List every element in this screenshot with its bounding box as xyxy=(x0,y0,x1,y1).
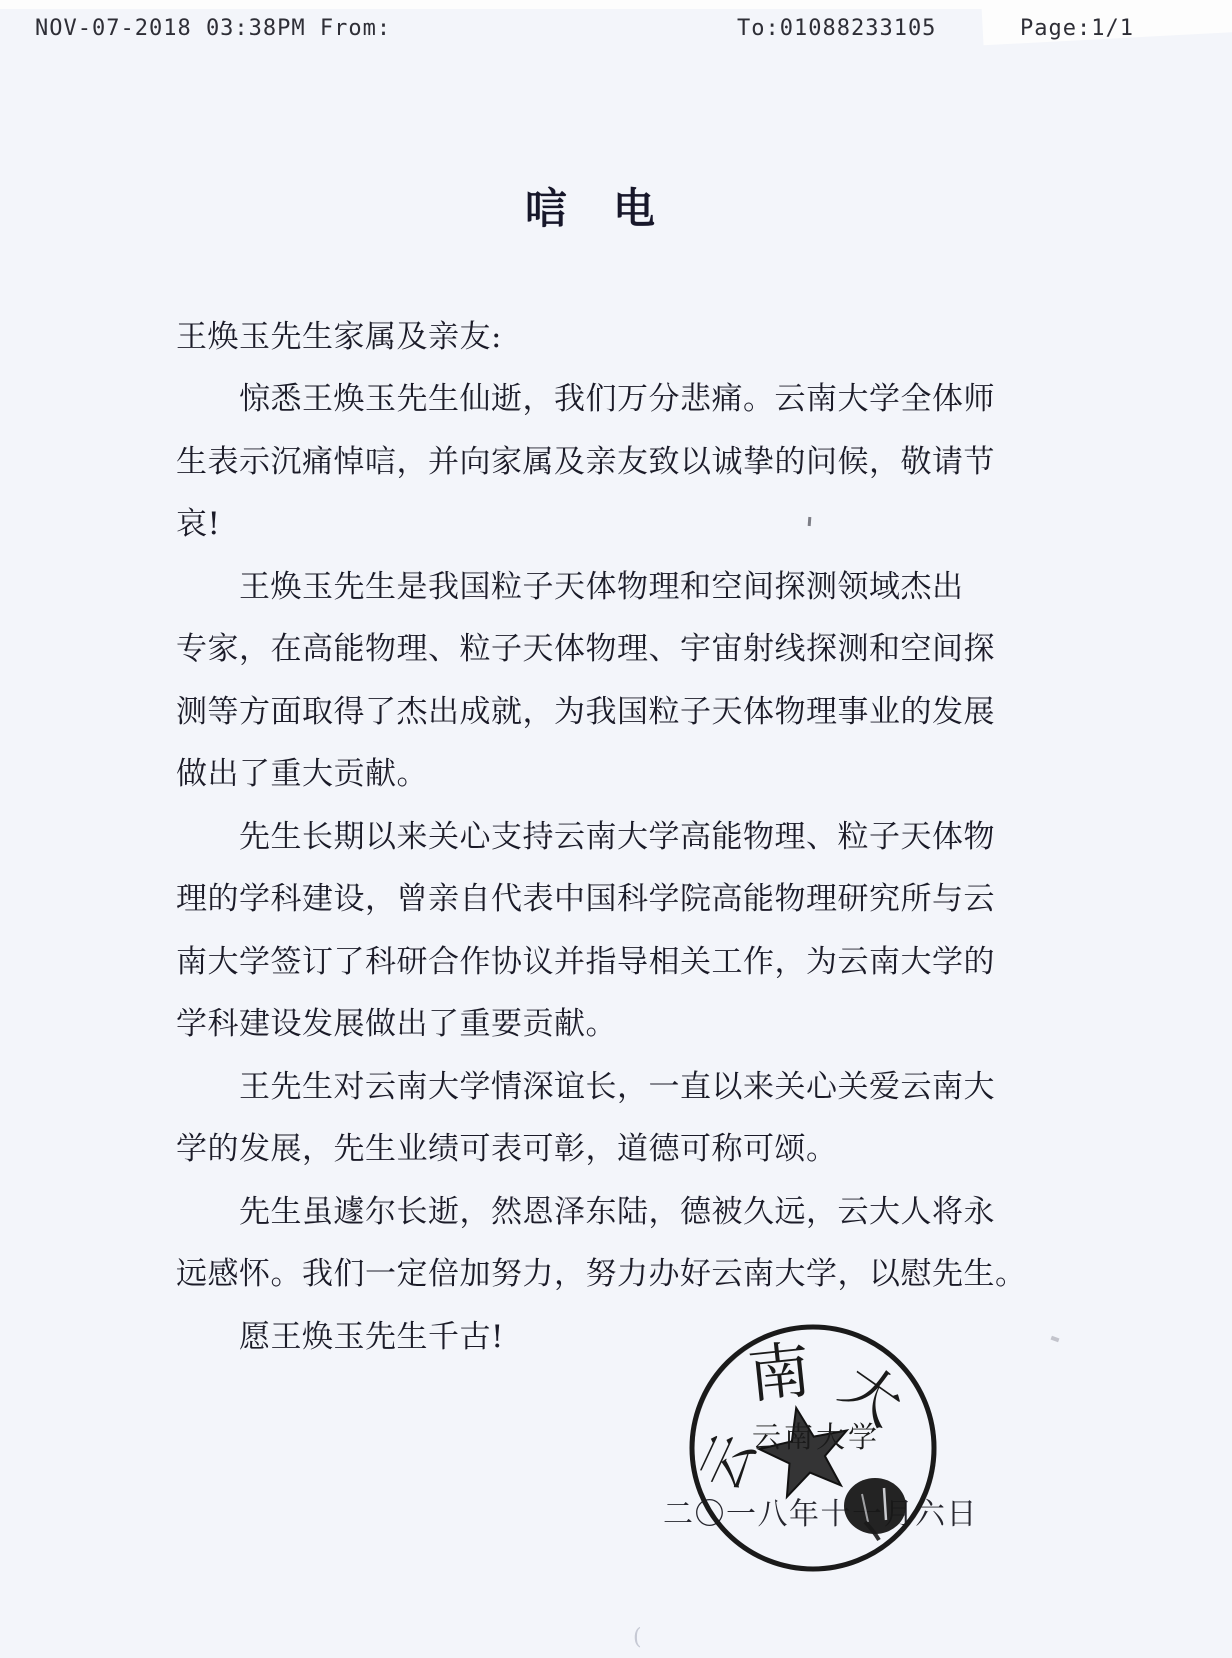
scan-speck: ( xyxy=(633,1625,642,1650)
university-seal-stamp: 南 大 云 云南大学 xyxy=(672,1308,962,1593)
fax-header: NOV-07-2018 03:38PM From: To:01088233105… xyxy=(0,16,1232,48)
letter-body: 王焕玉先生家属及亲友: 惊悉王焕玉先生仙逝，我们万分悲痛。云南大学全体师 生表示… xyxy=(176,302,1036,1365)
body-line: 先生长期以来关心支持云南大学高能物理、粒子天体物 xyxy=(176,802,1036,865)
seal-center-text: 云南大学 xyxy=(752,1420,880,1454)
fax-to-label: To:01088233105 xyxy=(737,16,936,41)
body-line: 学的发展，先生业绩可表可彰，道德可称可颂。 xyxy=(176,1115,1036,1178)
body-line: 王焕玉先生是我国粒子天体物理和空间探测领域杰出 xyxy=(176,552,1036,615)
letter-title: 唁 电 xyxy=(176,176,1006,236)
body-line: 王先生对云南大学情深谊长，一直以来关心关爱云南大 xyxy=(176,1052,1036,1115)
body-line: 学科建设发展做出了重要贡献。 xyxy=(176,990,1036,1053)
body-line: 惊悉王焕玉先生仙逝，我们万分悲痛。云南大学全体师 xyxy=(176,365,1036,428)
seal-arc-char-top: 南 xyxy=(745,1333,814,1412)
fax-scanned-letter: NOV-07-2018 03:38PM From: To:01088233105… xyxy=(0,0,1232,1658)
body-line: 做出了重大贡献。 xyxy=(176,740,1036,803)
body-line: 南大学签订了科研合作协议并指导相关工作，为云南大学的 xyxy=(176,927,1036,990)
body-line: 理的学科建设，曾亲自代表中国科学院高能物理研究所与云 xyxy=(176,865,1036,928)
salutation-line: 王焕玉先生家属及亲友: xyxy=(176,302,1036,365)
body-line: 专家，在高能物理、粒子天体物理、宇宙射线探测和空间探 xyxy=(176,615,1036,678)
seal-graphic: 南 大 云 云南大学 xyxy=(672,1308,962,1593)
scan-speck xyxy=(1051,1336,1060,1342)
body-line: 哀! xyxy=(176,490,1036,553)
fax-page-label: Page:1/1 xyxy=(1020,16,1134,41)
fax-from-label: NOV-07-2018 03:38PM From: xyxy=(35,16,391,41)
body-line: 先生虽遽尔长逝，然恩泽东陆，德被久远，云大人将永 xyxy=(176,1177,1036,1240)
seal-ink-blob xyxy=(844,1478,906,1534)
body-line: 生表示沉痛悼唁，并向家属及亲友致以诚挚的问候，敬请节 xyxy=(176,427,1036,490)
scan-speck xyxy=(808,517,812,526)
body-line: 测等方面取得了杰出成就，为我国粒子天体物理事业的发展 xyxy=(176,677,1036,740)
body-line: 远感怀。我们一定倍加努力，努力办好云南大学，以慰先生。 xyxy=(176,1240,1036,1303)
